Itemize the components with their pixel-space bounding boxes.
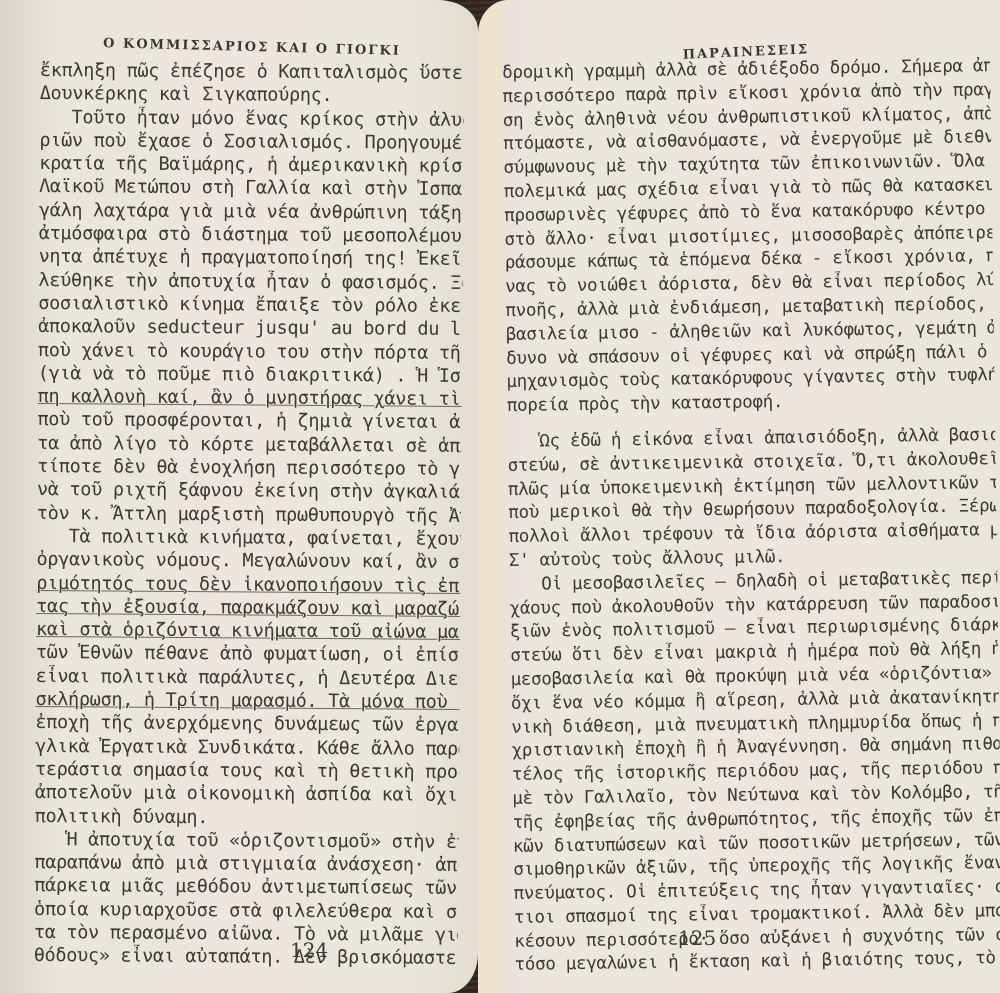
text-line: ριῶν ποὺ ἔχασε ὁ Σοσιαλισμός. Προηγουμέν… <box>39 129 463 155</box>
text-line: ἀποκαλοῦν seducteur jusqu' au bord du li… <box>38 315 462 341</box>
text-line: ὀργανικοὺς νόμους. Μεγαλώνουν καί, ἂν στ… <box>36 548 460 574</box>
text-line: πολιτικὴ δύναμη. <box>35 804 459 830</box>
text-line: Τὰ πολιτικὰ κινήματα, φαίνεται, ἔχουν το… <box>37 525 461 551</box>
text-line: Δουνκέρκης καὶ Σιγκαπούρης. <box>40 82 464 108</box>
text-line: τὸν κ. Ἄττλη μαρξιστὴ πρωθυπουργὸ τῆς Ἀγ… <box>37 502 461 528</box>
text-line: ἔκπληξη πῶς ἐπέζησε ὁ Καπιταλισμὸς ὕστερ… <box>40 59 464 85</box>
text-line: (γιὰ νὰ τὸ ποῦμε πιὸ διακριτικά) . Ἡ Ἱστ… <box>38 362 462 388</box>
underlined-text-line: σκλήρωση, ἡ Τρίτη μαρασμό. Τὰ μόνα ποὺ ἐ… <box>35 688 459 714</box>
text-line: ποὺ τοῦ προσφέρονται, ἡ ζημιὰ γίνεται ἀν… <box>37 408 461 434</box>
page-number-right: 125 <box>678 926 716 950</box>
text-line: ποὺ χάνει τὸ κουράγιο του στὴν πόρτα τῆς… <box>38 339 462 365</box>
text-line: κρατία τῆς Βαϊμάρης, ἡ ἀμερικανικὴ κρίση… <box>39 152 463 178</box>
right-page: ΠΑΡΑΙΝΕΣΕΙΣ δρομικὴ γραμμὴ ἀλλὰ σὲ ἀδιέξ… <box>478 0 1000 993</box>
text-line: λεύθηκε τὴν ἀποτυχία ἦταν ὁ φασισμός. Ξα… <box>38 269 462 295</box>
text-line: τίποτε δὲν θὰ ἐνοχλήση περισσότερο τὸ γε… <box>37 455 461 481</box>
text-line: τεράστια σημασία τους καὶ τὴ θετικὴ προσ… <box>35 758 459 784</box>
text-line: τα ἀπὸ λίγο τὸ κόρτε μεταβάλλεται σὲ ἁπλ… <box>37 432 461 458</box>
right-page-text: δρομικὴ γραμμὴ ἀλλὰ σὲ ἀδιέξοδο δρόμο. Σ… <box>502 55 1000 978</box>
text-line: γλικὰ Ἐργατικὰ Συνδικάτα. Κάθε ἄλλο παρὰ… <box>35 735 459 761</box>
left-page: Ο ΚΟΜΜΙΣΣΑΡΙΟΣ ΚΑΙ Ο ΓΙΟΓΚΙ ἔκπληξη πῶς … <box>0 0 478 993</box>
text-line: θόδους» εἶναι αὐταπάτη. Δὲν βρισκόμαστε … <box>34 944 458 970</box>
underlined-text-line: ριμότητός τους δὲν ἱκανοποιήσουν τὶς ἐπι… <box>36 572 460 598</box>
text-line: Λαϊκοῦ Μετώπου στὴ Γαλλία καὶ στὴν Ἱσπαν… <box>39 175 463 201</box>
left-page-text: ἔκπληξη πῶς ἐπέζησε ὁ Καπιταλισμὸς ὕστερ… <box>34 59 464 971</box>
text-line: παραπάνω ἀπὸ μιὰ στιγμιαία ἀνάσχεση· ἀπο… <box>34 851 458 877</box>
underlined-text-line: πη καλλονὴ καί, ἂν ὁ μνηστήρας χάνει τὶς… <box>38 385 462 411</box>
text-line: ὁποία κυριαρχοῦσε στὰ φιλελεύθερα καὶ σο… <box>34 898 458 924</box>
text-line: τα τὸν περασμένο αἰῶνα. Τὸ νὰ μιλᾶμε γιὰ… <box>34 921 458 947</box>
text-line: νητα ἀπέτυχε ἡ πραγματοποίησή της! Ἐκεῖν… <box>39 245 463 271</box>
text-line: Ἡ ἀποτυχία τοῦ «ὁριζοντισμοῦ» στὴν ἐποχή… <box>34 828 458 854</box>
text-line: νὰ τοῦ ριχτῆ ξάφνου ἐκείνη στὴν ἀγκαλιά … <box>37 478 461 504</box>
underlined-text-line: καὶ στὰ ὁριζόντια κινήματα τοῦ αἰώνα μας… <box>36 618 460 644</box>
text-line: Τοῦτο ἦταν μόνο ἕνας κρίκος στὴν ἀλυσίδα… <box>40 106 464 132</box>
text-line: ἐποχὴ τῆς ἀνερχόμενης δυνάμεως τῶν ἐργατ… <box>35 711 459 737</box>
page-number-left: 124 <box>290 938 328 962</box>
left-running-head: Ο ΚΟΜΜΙΣΣΑΡΙΟΣ ΚΑΙ Ο ΓΙΟΓΚΙ <box>40 34 464 60</box>
text-line: γάλη λαχτάρα γιὰ μιὰ νέα ἀνθρώπινη τάξη … <box>39 199 463 225</box>
text-line: ἀποτελοῦν μιὰ οἰκονομικὴ ἀσπίδα καὶ ὄχι … <box>35 781 459 807</box>
text-line: εἶναι πολιτικὰ παράλυτες, ἡ Δευτέρα Διεθ… <box>36 665 460 691</box>
underlined-text-line: τας τὴν ἐξουσία, παρακμάζουν καὶ μαραζών… <box>36 595 460 621</box>
text-line: τῶν Ἐθνῶν πέθανε ἀπὸ φυματίωση, οἱ ἐπίση… <box>36 641 460 667</box>
text-line: ἀτμόσφαιρα στὸ διάστημα τοῦ μεσοπολέμου … <box>39 222 463 248</box>
text-line: σοσιαλιστικὸ κίνημα ἔπαιξε τὸν ρόλο ἐκεί… <box>38 292 462 318</box>
text-line: πάρκεια μιᾶς μεθόδου ἀντιμετωπίσεως τῶν … <box>34 874 458 900</box>
